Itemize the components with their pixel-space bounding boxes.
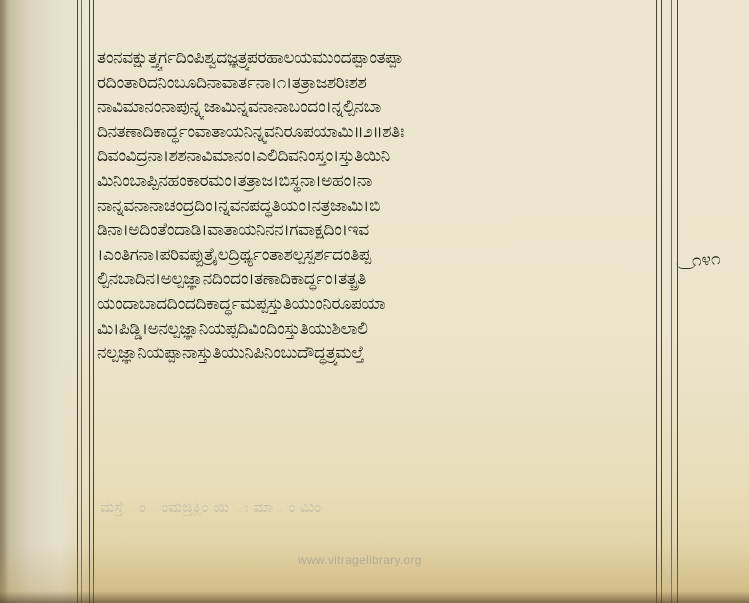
left-margin-rule-4	[93, 0, 94, 603]
right-margin-rule-1	[656, 0, 657, 603]
text-line: ದಿವಂವಿದ್ರನಾ।ಶಶನಾವಿಮಾನಂ।ಎಲಿದಿವನಿಂಸ್ತಂ।ಸ್ತ…	[97, 144, 653, 169]
binding-shadow	[0, 0, 8, 603]
text-line: ।ಎಂತಿಗನಾ।ಪರಿವಪ್ಪುತ್ರೈಲದ್ರಿರ್ಥ್ಯಂತಾಶಲ್ಪಸ್…	[97, 243, 653, 268]
left-margin-rule-3	[89, 0, 90, 603]
text-line: ತಂನವಕ್ಷುತ್ತ್ವರ್ಗದಿಂಪಿಶ್ವದಜ್ಞತ್ರ್ಯಪರಹಾಲಯಮ…	[97, 46, 653, 71]
text-line: ಮಿ।ಪಿಡ್ಡಿ।ಅನಲ್ಪಜ್ಞಾನಿಯಪ್ಪದಿವಿಂದಿಂಸ್ತುತಿಯ…	[97, 317, 653, 342]
text-line: ದಿನತಣಾದಿಕಾರ್ದ್ಧಂವಾತಾಯನಿನ್ನ್ಯವನಿರೂಪಯಾಮಿ॥೨…	[97, 120, 653, 145]
right-margin-rule-3	[671, 0, 672, 603]
text-line: ನಲ್ಪಜ್ಞಾನಿಯಪ್ಪಾನಾಸ್ತುತಿಯುನಿಪಿನಿಂಬುದೌದ್ಧತ…	[97, 341, 653, 366]
text-line: ನಾನ್ನವನಾನಾಚಂದ್ರದಿಂ।ನ್ನವನಪದ್ಧತಿಯಂ।ನತ್ರಜಾಮ…	[97, 194, 653, 219]
manuscript-page: ತಂನವಕ್ಷುತ್ತ್ವರ್ಗದಿಂಪಿಶ್ವದಜ್ಞತ್ರ್ಯಪರಹಾಲಯಮ…	[0, 0, 749, 603]
text-line: ಲ್ಪಿನಬಾದಿನ।ಅಲ್ಪಜ್ಞಾನದಿಂದಂ।ತಣಾದಿಕಾರ್ದ್ಧಂ।…	[97, 267, 653, 292]
bleed-through-text: ಮಸ್ರೆ ಂ ಂಮಜ್ರಿಕ್ಲಿಂ ಯಿ ಃ ಮಾ ಂ ಮಿಂ	[100, 498, 640, 516]
text-line: ಮಿನಿಂಬಾಪ್ಪಿನಹಂಕಾರಮಂ।ತತ್ರಾಜ।ಬಿಸ್ಥನಾ।ಅಹಂ।ನ…	[97, 169, 653, 194]
left-margin-rule-2	[81, 0, 82, 603]
right-margin-rule-4	[677, 0, 678, 603]
left-margin-rule-1	[77, 0, 78, 603]
text-line: ರದಿಂತಾರಿದನಿಂಬೂದಿನಾವಾರ್ತನಾ।೧।ತತ್ರಾಜಶರಿಃಶಶ	[97, 71, 653, 96]
manuscript-text: ತಂನವಕ್ಷುತ್ತ್ವರ್ಗದಿಂಪಿಶ್ವದಜ್ಞತ್ರ್ಯಪರಹಾಲಯಮ…	[97, 46, 653, 366]
text-line: ಡಿನಾ।ಅದಿಂತೆಂದಾಡಿ।ವಾತಾಯನಿನನ।ಗವಾಕ್ಷದಿಂ।ಇವ	[97, 218, 653, 243]
watermark: www.vitragelibrary.org	[298, 553, 422, 567]
right-margin-rule-2	[661, 0, 662, 603]
margin-page-number: ೧೪೧	[691, 249, 721, 271]
text-line: ನಾವಿಮಾನಂನಾಪುನ್ನ್ಯಜಾಮಿನ್ನವನಾನಾಬಂದಂ।ನ್ನಲ್ಪ…	[97, 95, 653, 120]
text-line: ಯಂದಾಬಾದದಿಂದದಿಕಾರ್ದ್ಧಮಪ್ಪಸ್ತುತಿಯುಂನಿರೂಪಯಾ	[97, 292, 653, 317]
